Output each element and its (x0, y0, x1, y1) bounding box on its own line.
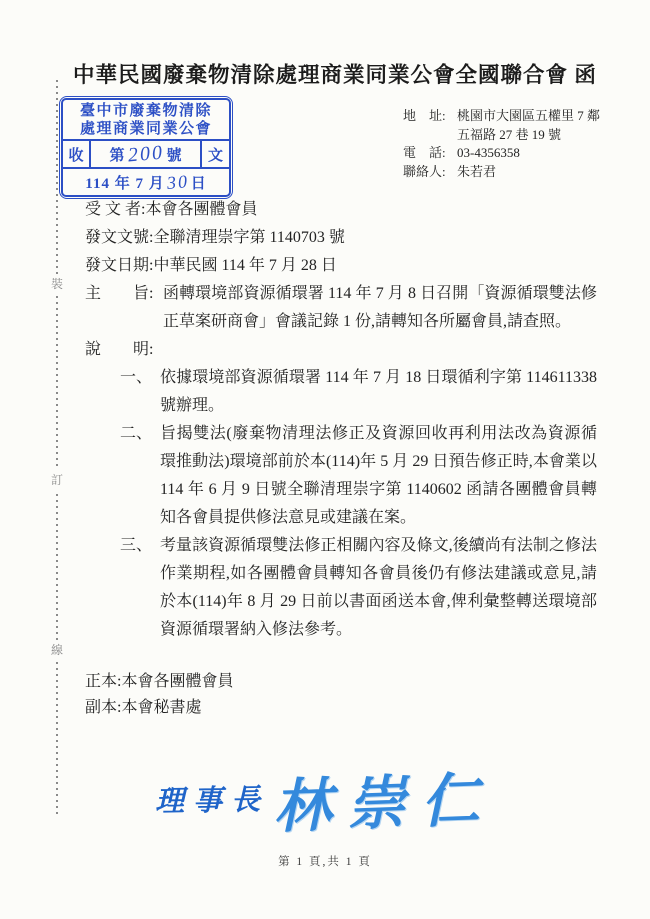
binding-mark-ding: 訂 (51, 470, 63, 490)
subject-paragraph: 主 旨: 函轉環境部資源循環署 114 年 7 月 8 日召開「資源循環雙法修正… (85, 280, 597, 336)
stamp-org-name: 臺中市廢棄物清除 處理商業同業公會 (63, 100, 229, 139)
item-text: 依據環境部資源循環署 114 年 7 月 18 日環循利字第 114611338… (160, 369, 597, 414)
recipient-line: 受 文 者:本會各團體會員 (85, 196, 597, 224)
stamp-doc-label: 文 (202, 141, 229, 167)
address-line1: 桃園市大園區五權里 7 鄰 (457, 108, 600, 123)
stamp-org-line2: 處理商業同業公會 (65, 120, 227, 138)
stamp-org-line1: 臺中市廢棄物清除 (65, 102, 227, 120)
contact-value: 朱若君 (457, 163, 496, 182)
chairman-signature-stamp: 理事長 林崇仁 (0, 748, 650, 848)
item-number: 三、 (120, 532, 152, 560)
stamp-date-row: 114 年 7 月 30 日 (63, 169, 229, 195)
binding-dotted-line: 裝 訂 線 (56, 80, 58, 816)
stamp-date-handwritten: 30 (166, 171, 190, 194)
phone-label: 電 話: (403, 144, 457, 163)
original-copy-value: 本會各團體會員 (121, 673, 233, 690)
original-copy-label: 正本: (85, 673, 121, 690)
page-number: 第 1 頁,共 1 頁 (0, 853, 650, 869)
stamp-number-row: 收 第 200 號 文 (63, 139, 229, 169)
address-line2: 五福路 27 巷 19 號 (457, 127, 561, 142)
binding-mark-zhuang: 裝 (51, 274, 63, 294)
recipient-label: 受 文 者: (85, 201, 145, 218)
sender-contact-row: 聯絡人: 朱若君 (403, 163, 600, 182)
stamp-date-prefix: 114 年 7 月 (85, 172, 164, 193)
cc-copy-label: 副本: (85, 699, 121, 716)
item-text: 旨揭雙法(廢棄物清理法修正及資源回收再利用法改為資源循環推動法)環境部前於本(1… (160, 425, 597, 526)
chairman-title: 理事長 (155, 777, 270, 820)
original-copy-line: 正本:本會各團體會員 (85, 669, 597, 695)
binding-mark-xian: 線 (51, 640, 63, 660)
recipient-value: 本會各團體會員 (145, 201, 257, 218)
description-item-2: 二、 旨揭雙法(廢棄物清理法修正及資源回收再利用法改為資源循環推動法)環境部前於… (85, 420, 597, 532)
document-title: 中華民國廢棄物清除處理商業同業公會全國聯合會 函 (0, 58, 650, 89)
letter-body: 受 文 者:本會各團體會員 發文文號:全聯清理崇字第 1140703 號 發文日… (85, 196, 597, 721)
cc-copy-value: 本會秘書處 (121, 699, 201, 716)
receipt-stamp-frame: 臺中市廢棄物清除 處理商業同業公會 收 第 200 號 文 114 年 7 月 … (61, 98, 231, 197)
doc-number-value: 全聯清理崇字第 1140703 號 (153, 229, 344, 246)
address-value: 桃園市大園區五權里 7 鄰 五福路 27 巷 19 號 (457, 107, 600, 144)
doc-date-value: 中華民國 114 年 7 月 28 日 (153, 257, 336, 274)
doc-date-label: 發文日期: (85, 257, 153, 274)
item-text: 考量該資源循環雙法修正相關內容及條文,後續尚有法制之修法作業期程,如各團體會員轉… (160, 537, 597, 638)
item-number: 二、 (120, 420, 152, 448)
description-item-1: 一、 依據環境部資源循環署 114 年 7 月 18 日環循利字第 114611… (85, 364, 597, 420)
sender-phone-row: 電 話: 03-4356358 (403, 144, 600, 163)
sender-info-block: 地 址: 桃園市大園區五權里 7 鄰 五福路 27 巷 19 號 電 話: 03… (403, 107, 600, 181)
contact-label: 聯絡人: (403, 163, 457, 182)
stamp-document-number: 第 200 號 (91, 141, 202, 167)
item-number: 一、 (120, 364, 152, 392)
scanned-letter-page: 裝 訂 線 中華民國廢棄物清除處理商業同業公會全國聯合會 函 臺中市廢棄物清除 … (0, 0, 650, 919)
stamp-date-suffix: 日 (191, 172, 207, 193)
subject-label: 主 旨: (85, 280, 153, 308)
doc-number-label: 發文文號: (85, 229, 153, 246)
distribution-block: 正本:本會各團體會員 副本:本會秘書處 (85, 669, 597, 721)
doc-number-line: 發文文號:全聯清理崇字第 1140703 號 (85, 224, 597, 252)
chairman-name-signature: 林崇仁 (272, 752, 497, 844)
stamp-receive-label: 收 (63, 141, 91, 167)
description-label: 說 明: (85, 341, 153, 358)
description-item-3: 三、 考量該資源循環雙法修正相關內容及條文,後續尚有法制之修法作業期程,如各團體… (85, 532, 597, 644)
stamp-number-suffix: 號 (167, 144, 182, 165)
address-label: 地 址: (403, 107, 457, 144)
sender-address-row: 地 址: 桃園市大園區五權里 7 鄰 五福路 27 巷 19 號 (403, 107, 600, 144)
subject-text: 函轉環境部資源循環署 114 年 7 月 8 日召開「資源循環雙法修正草案研商會… (163, 285, 597, 330)
stamp-number-handwritten: 200 (127, 141, 165, 167)
stamp-number-prefix: 第 (109, 144, 124, 165)
cc-copy-line: 副本:本會秘書處 (85, 695, 597, 721)
phone-value: 03-4356358 (457, 144, 520, 163)
doc-date-line: 發文日期:中華民國 114 年 7 月 28 日 (85, 252, 597, 280)
description-heading: 說 明: (85, 336, 597, 364)
receipt-stamp: 臺中市廢棄物清除 處理商業同業公會 收 第 200 號 文 114 年 7 月 … (59, 96, 233, 199)
